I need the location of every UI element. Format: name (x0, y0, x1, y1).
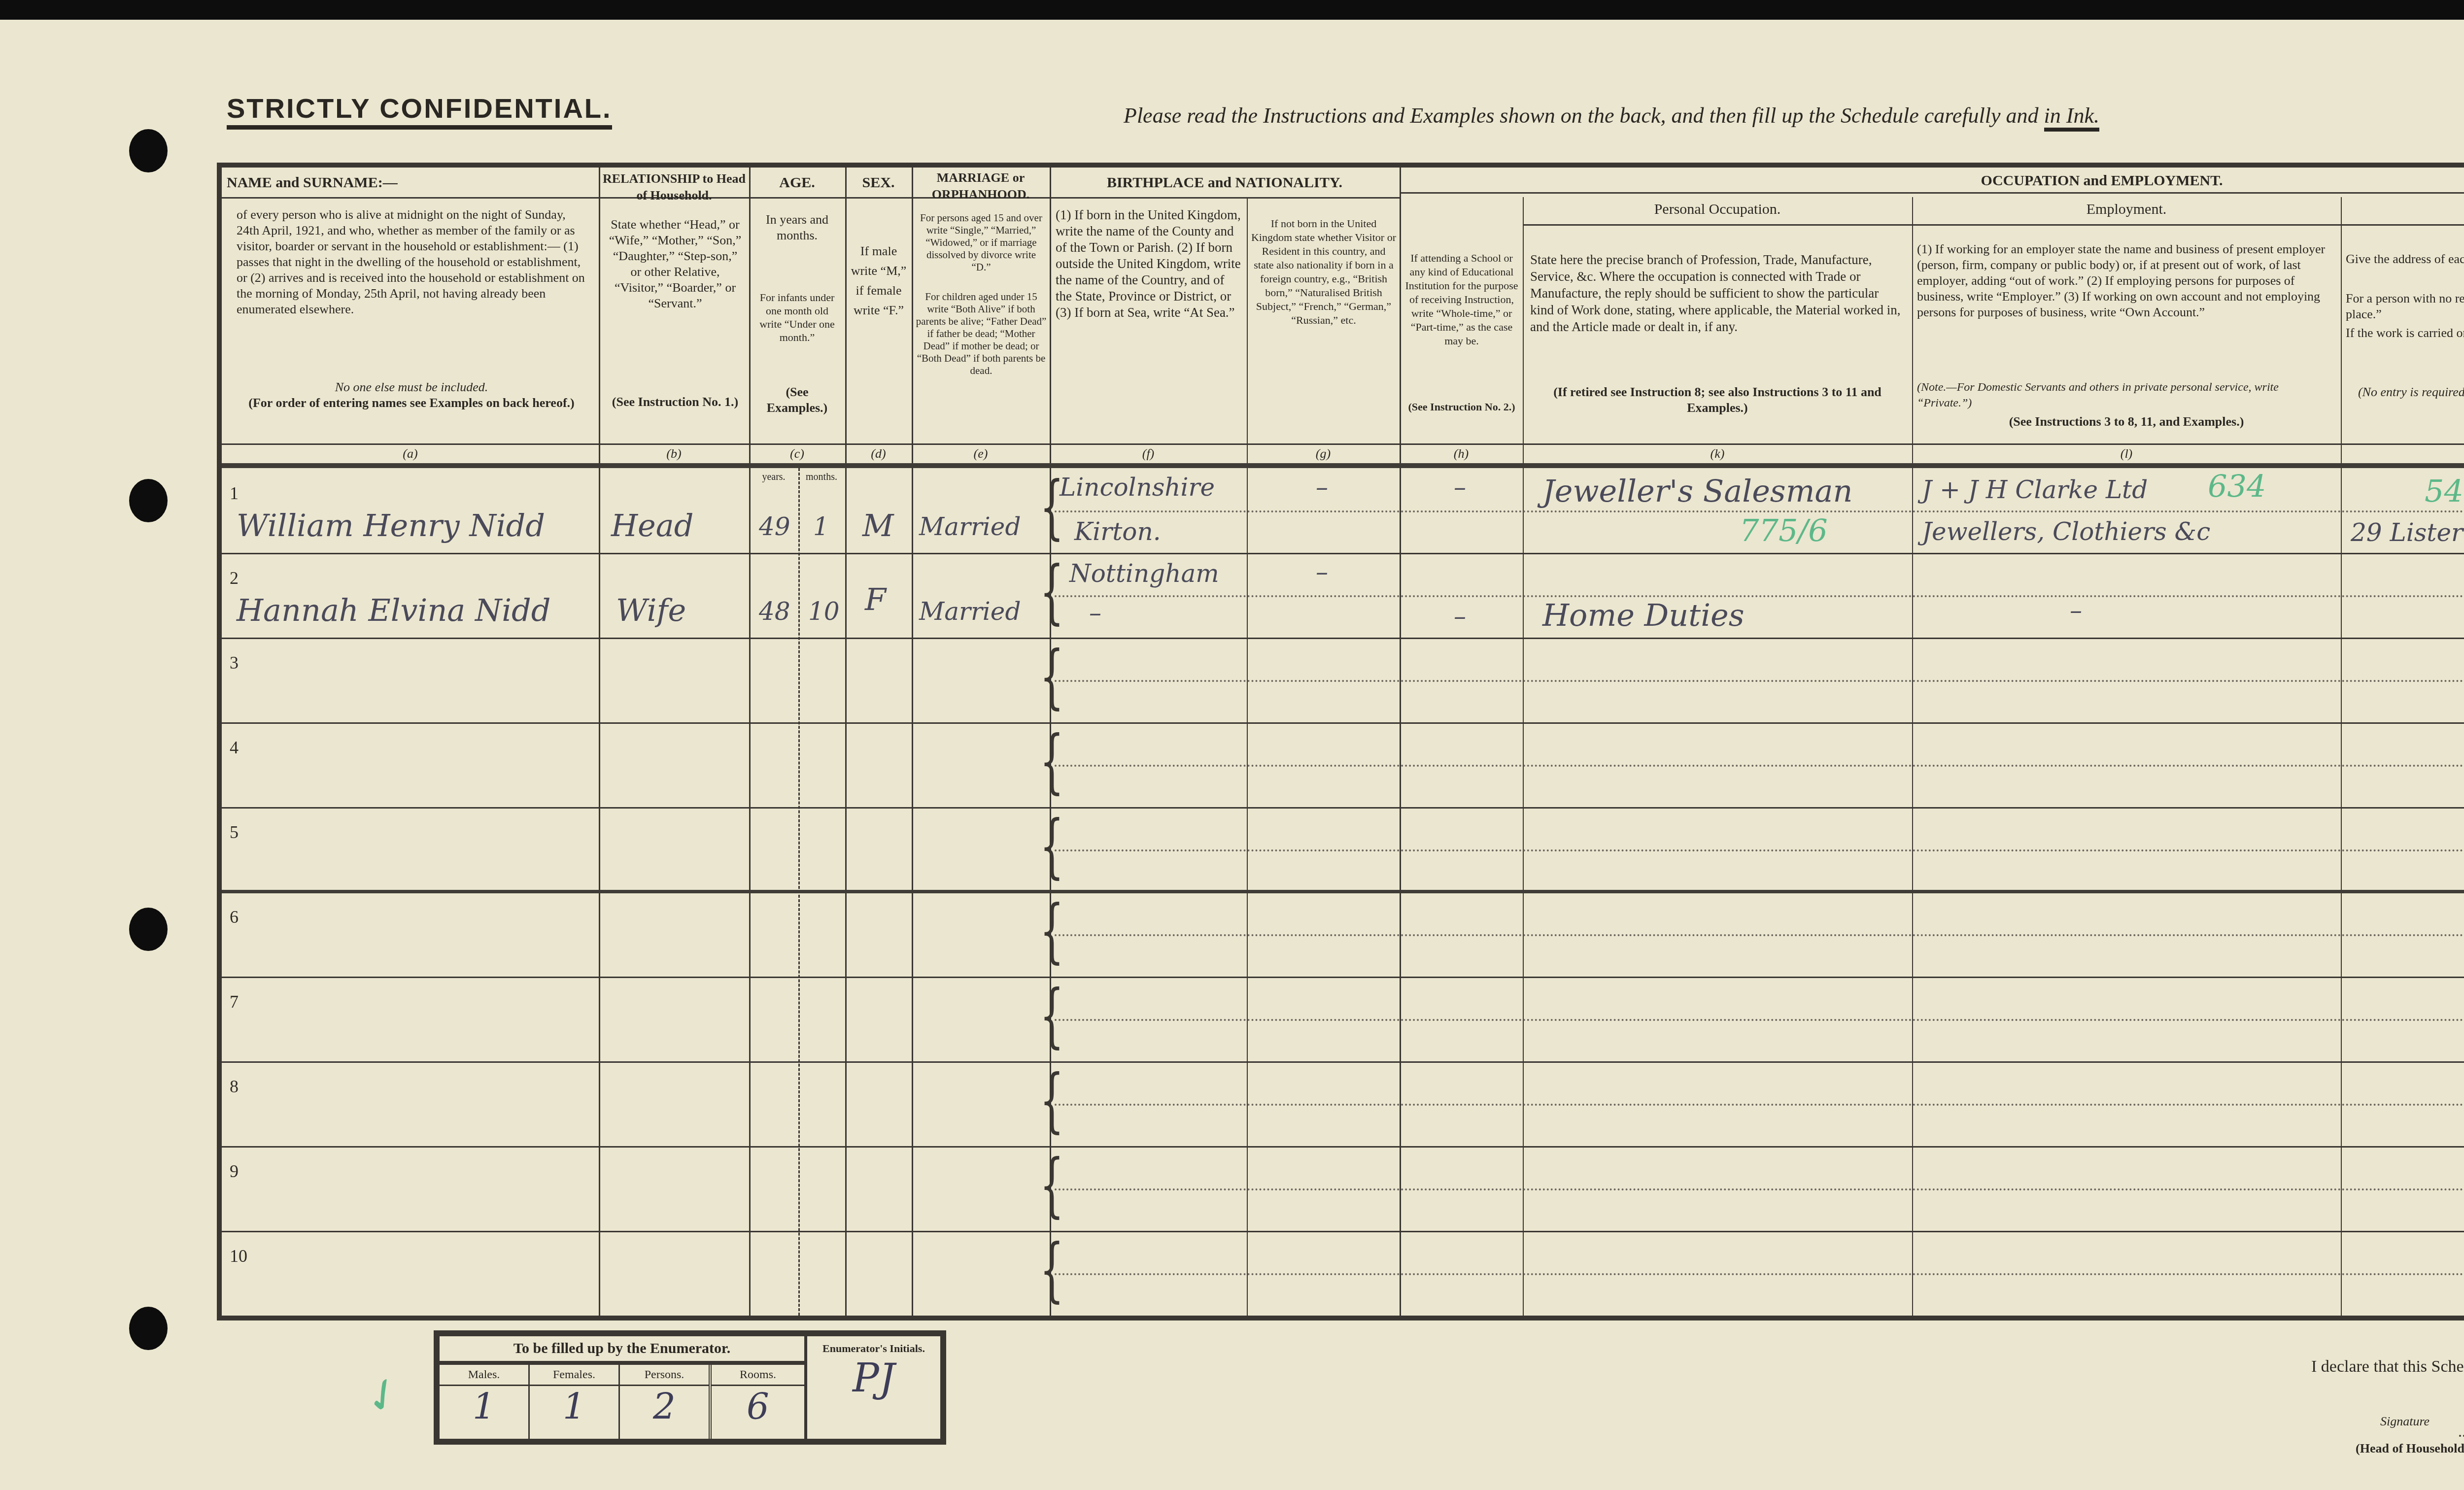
brace-glyph: { (1040, 897, 1064, 966)
person-age-months[interactable]: 10 (808, 597, 840, 626)
person-relationship[interactable]: Wife (616, 592, 686, 628)
persons-label: Persons. (620, 1365, 709, 1386)
green-tick-mark: ✓ (354, 1364, 412, 1427)
age-years-label: years. (752, 469, 796, 485)
half-row-divider (1055, 1188, 2464, 1190)
females-value[interactable]: 1 (530, 1386, 618, 1427)
row-divider (222, 722, 2464, 724)
col-b-instructions: State whether “Head,” or “Wife,” “Mother… (606, 217, 744, 311)
col-a-title: NAME and SURNAME:— (227, 174, 424, 191)
rooms-value[interactable]: 6 (712, 1386, 804, 1427)
row-divider (222, 553, 2464, 554)
header-divider (222, 197, 1400, 199)
col-letter-e: (e) (912, 446, 1050, 461)
brace-glyph: { (1040, 558, 1064, 627)
brace-glyph: { (1040, 1151, 1064, 1220)
row-number: 8 (230, 1076, 239, 1097)
col-m-title: Place of Work. (2341, 201, 2464, 218)
person-marriage[interactable]: Married (919, 597, 1021, 626)
half-row-divider (1055, 595, 2464, 597)
signature-label: Signature (2380, 1414, 2430, 1429)
brace-glyph: { (1040, 982, 1064, 1050)
row-number: 9 (230, 1161, 239, 1182)
col-c-infant-note: For infants under one month old write “U… (754, 291, 840, 344)
col-h-note: (See Instruction No. 2.) (1403, 399, 1520, 415)
col-c-instructions: In years and months. (754, 212, 840, 243)
col-e-title: MARRIAGE or ORPHANHOOD. (912, 169, 1050, 203)
person-sex[interactable]: M (862, 508, 893, 543)
header-divider (1523, 224, 2464, 226)
col-letter-b: (b) (599, 446, 749, 461)
col-k-instructions: State here the precise branch of Profess… (1530, 251, 1905, 335)
person-relationship[interactable]: Head (611, 508, 693, 543)
instructions-banner: Please read the Instructions and Example… (1124, 103, 2099, 128)
row-divider (222, 638, 2464, 639)
col-divider (1523, 197, 1524, 1316)
col-letter-c: (c) (749, 446, 845, 461)
punch-hole (129, 1307, 168, 1350)
instructions-text: Please read the Instructions and Example… (1124, 103, 2044, 128)
col-b-note: (See Instruction No. 1.) (606, 394, 744, 410)
col-divider (599, 168, 600, 1316)
person-name[interactable]: Hannah Elvina Nidd (237, 592, 551, 628)
initials-label: Enumerator's Initials. (807, 1336, 940, 1355)
row-number: 2 (230, 568, 239, 588)
col-b-title: RELATIONSHIP to Head of Household. (600, 170, 748, 204)
person-age-years[interactable]: 48 (759, 597, 790, 626)
females-cell: Females. 1 (530, 1365, 620, 1439)
person-workplace[interactable]: 29 Lister Gate Nottm (2351, 518, 2464, 547)
brace-glyph: { (1040, 643, 1064, 711)
person-school[interactable]: – (1454, 473, 1466, 502)
half-row-divider (1055, 1019, 2464, 1021)
enumerator-totals-box: To be filled up by the Enumerator. Males… (434, 1330, 946, 1445)
col-divider (1400, 168, 1401, 1316)
person-nationality[interactable]: – (1316, 558, 1328, 586)
header-divider (1400, 192, 2464, 194)
person-age-months[interactable]: 1 (813, 512, 829, 541)
person-name[interactable]: William Henry Nidd (237, 508, 545, 543)
person-employer[interactable]: J + J H Clarke Ltd (1922, 475, 2148, 504)
col-d-title: SEX. (845, 174, 912, 191)
col-letter-k: (k) (1523, 446, 1912, 461)
row-number: 6 (230, 907, 239, 927)
col-divider (845, 168, 847, 1316)
row-number: 3 (230, 652, 239, 673)
enumerator-box-title: To be filled up by the Enumerator. (440, 1336, 807, 1365)
data-top-border (222, 463, 2464, 468)
col-m-at-home: If the work is carried on mainly at home… (2346, 325, 2464, 341)
row-divider (222, 977, 2464, 978)
half-row-divider (1055, 765, 2464, 767)
signature-line (2459, 1435, 2464, 1437)
row-number: 7 (230, 991, 239, 1012)
person-occupation[interactable]: Home Duties (1542, 597, 1744, 633)
person-occupation[interactable]: Jeweller's Salesman (1542, 473, 1852, 509)
col-l-instructions: (1) If working for an employer state the… (1917, 241, 2336, 320)
person-birthplace-town[interactable]: Kirton. (1074, 517, 1161, 546)
row-number: 1 (230, 483, 239, 504)
col-l-title: Employment. (1912, 201, 2341, 218)
instructions-ink: in Ink. (2044, 103, 2099, 132)
col-divider (912, 168, 913, 1316)
half-row-divider (1055, 680, 2464, 682)
col-letter-a: (a) (222, 446, 599, 461)
males-cell: Males. 1 (440, 1365, 530, 1439)
rooms-cell: Rooms. 6 (712, 1365, 807, 1439)
col-e-instructions: For persons aged 15 and over write “Sing… (916, 212, 1047, 273)
col-letter-g: (g) (1247, 446, 1400, 461)
col-c-title: AGE. (749, 174, 845, 191)
col-a-note: No one else must be included. (237, 379, 586, 395)
col-letter-l: (l) (1912, 446, 2341, 461)
person-age-years[interactable]: 49 (759, 512, 790, 541)
col-f-instructions: (1) If born in the United Kingdom, write… (1056, 207, 1243, 321)
person-birthplace-town[interactable]: – (1089, 599, 1101, 627)
census-schedule-page: STRICTLY CONFIDENTIAL. Please read the I… (0, 20, 2464, 1490)
workplace-code: 5400-09 (2425, 473, 2464, 509)
confidential-title: STRICTLY CONFIDENTIAL. (227, 94, 612, 130)
col-m-no-fixed: For a person with no regular place of wo… (2346, 291, 2464, 322)
person-nationality[interactable]: – (1316, 473, 1328, 502)
half-row-divider (1055, 1273, 2464, 1275)
col-e-children-note: For children aged under 15 write “Both A… (916, 291, 1047, 377)
person-birthplace-county[interactable]: Nottingham (1069, 559, 1219, 588)
signature-note: (Head of Household, Manager of Establish… (2356, 1441, 2464, 1456)
males-value[interactable]: 1 (440, 1386, 528, 1427)
row-divider (222, 1061, 2464, 1063)
col-letter-d: (d) (845, 446, 912, 461)
punch-hole (129, 129, 168, 172)
row-divider (222, 807, 2464, 809)
declaration-text: I declare that this Schedule is correctl… (2311, 1357, 2464, 1376)
brace-glyph: { (1040, 1066, 1064, 1135)
col-c-note: (See Examples.) (754, 384, 840, 416)
person-employer-business[interactable]: Jewellers, Clothiers &c (1922, 517, 2210, 546)
persons-value[interactable]: 2 (620, 1386, 709, 1427)
col-divider (1247, 197, 1248, 1316)
row-number: 4 (230, 737, 239, 758)
initials-value[interactable]: PJ (807, 1355, 940, 1401)
punch-hole (129, 908, 168, 951)
half-row-divider (1055, 849, 2464, 851)
col-g-instructions: If not born in the United Kingdom state … (1251, 217, 1397, 327)
employer-code: 634 (2208, 468, 2266, 504)
row-divider (222, 1146, 2464, 1148)
col-a-instructions: of every person who is alive at midnight… (237, 207, 586, 317)
age-months-label: months. (799, 469, 844, 485)
brace-glyph: { (1040, 727, 1064, 796)
col-letter-h: (h) (1400, 446, 1523, 461)
person-birthplace-county[interactable]: Lincolnshire (1060, 473, 1215, 502)
brace-glyph: { (1040, 812, 1064, 881)
col-k-title: Personal Occupation. (1523, 201, 1912, 218)
half-row-divider (1055, 934, 2464, 936)
col-divider (2341, 197, 2342, 1316)
household-schedule-form: NAME and SURNAME:— RELATIONSHIP to Head … (217, 163, 2464, 1321)
col-l-note2: (See Instructions 3 to 8, 11, and Exampl… (1917, 414, 2336, 430)
col-d-instructions: If male write “M,” if female write “F.” (849, 241, 909, 320)
col-m-note: (No entry is required for any person who… (2346, 384, 2464, 416)
row-number: 5 (230, 822, 239, 843)
row-number: 10 (230, 1246, 247, 1266)
person-employer-business[interactable]: – (2070, 596, 2082, 625)
col-l-note: (Note.—For Domestic Servants and others … (1917, 379, 2336, 411)
col-divider (749, 168, 751, 1316)
col-a-note2: (For order of entering names see Example… (237, 395, 586, 411)
col-divider (1912, 197, 1913, 1316)
person-sex[interactable]: F (865, 581, 886, 617)
enumerator-initials-cell: Enumerator's Initials. PJ (807, 1336, 940, 1439)
punch-hole (129, 479, 168, 522)
letters-divider (222, 443, 2464, 445)
females-label: Females. (530, 1365, 618, 1386)
col-letter-m: (m) (2341, 446, 2464, 461)
person-marriage[interactable]: Married (919, 512, 1021, 541)
col-letter-f: (f) (1050, 446, 1247, 461)
brace-glyph: { (1040, 1236, 1064, 1305)
birthplace-title: BIRTHPLACE and NATIONALITY. (1050, 174, 1400, 191)
row-divider-group (222, 890, 2464, 893)
col-m-instructions: Give the address of each person’s place … (2346, 251, 2464, 267)
rooms-label: Rooms. (712, 1365, 804, 1386)
col-h-instructions: If attending a School or any kind of Edu… (1403, 251, 1520, 348)
occupation-title: OCCUPATION and EMPLOYMENT. (1523, 172, 2464, 189)
col-k-note: (If retired see Instruction 8; see also … (1530, 384, 1905, 416)
persons-cell: Persons. 2 (620, 1365, 712, 1439)
half-row-divider (1055, 1104, 2464, 1106)
occupation-code: 775/6 (1740, 512, 1828, 548)
row-divider (222, 1231, 2464, 1232)
males-label: Males. (440, 1365, 528, 1386)
person-school[interactable]: – (1454, 602, 1466, 631)
